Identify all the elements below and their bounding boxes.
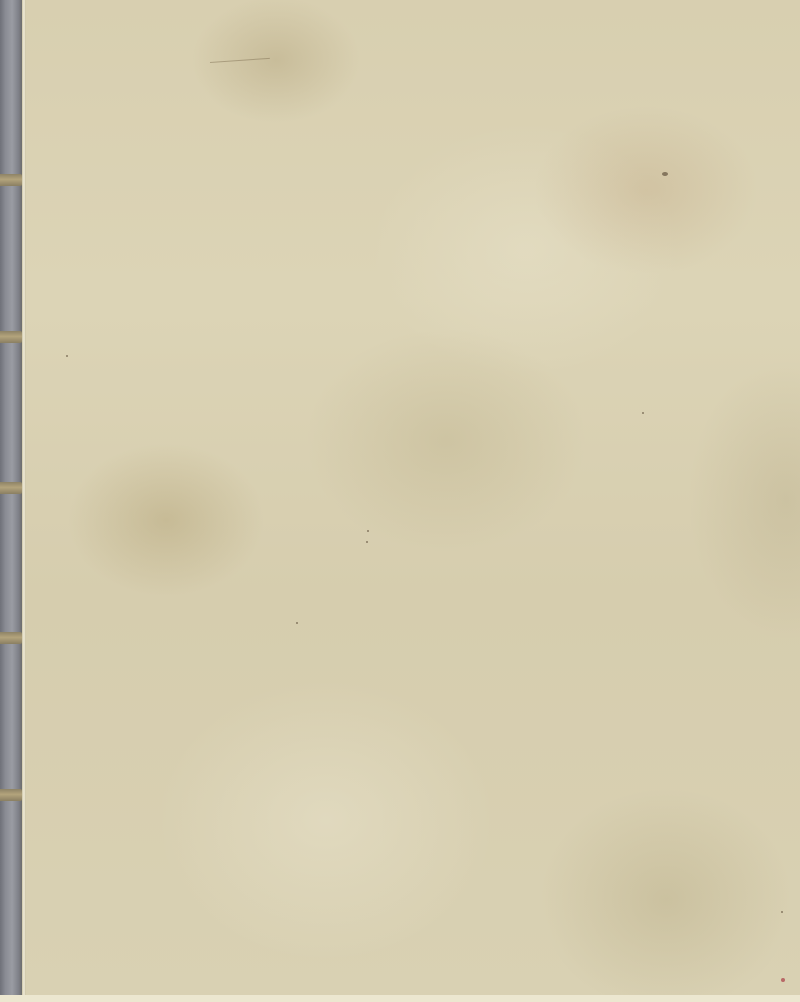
stain-speck — [781, 978, 785, 982]
stain-speck — [642, 412, 644, 414]
scan-margin — [0, 995, 800, 1002]
scanned-book-cover — [0, 0, 800, 1002]
stain-speck — [296, 622, 298, 624]
stain-speck — [367, 530, 369, 532]
spine-band — [0, 331, 22, 343]
stain-speck — [66, 355, 68, 357]
stain-speck — [781, 911, 783, 913]
stain-speck — [662, 172, 668, 176]
book-spine — [0, 0, 22, 995]
stain-speck — [366, 541, 368, 543]
parchment-cover — [26, 0, 800, 995]
spine-band — [0, 482, 22, 494]
spine-band — [0, 632, 22, 644]
spine-band — [0, 789, 22, 801]
spine-band — [0, 174, 22, 186]
crease-mark — [210, 58, 270, 63]
